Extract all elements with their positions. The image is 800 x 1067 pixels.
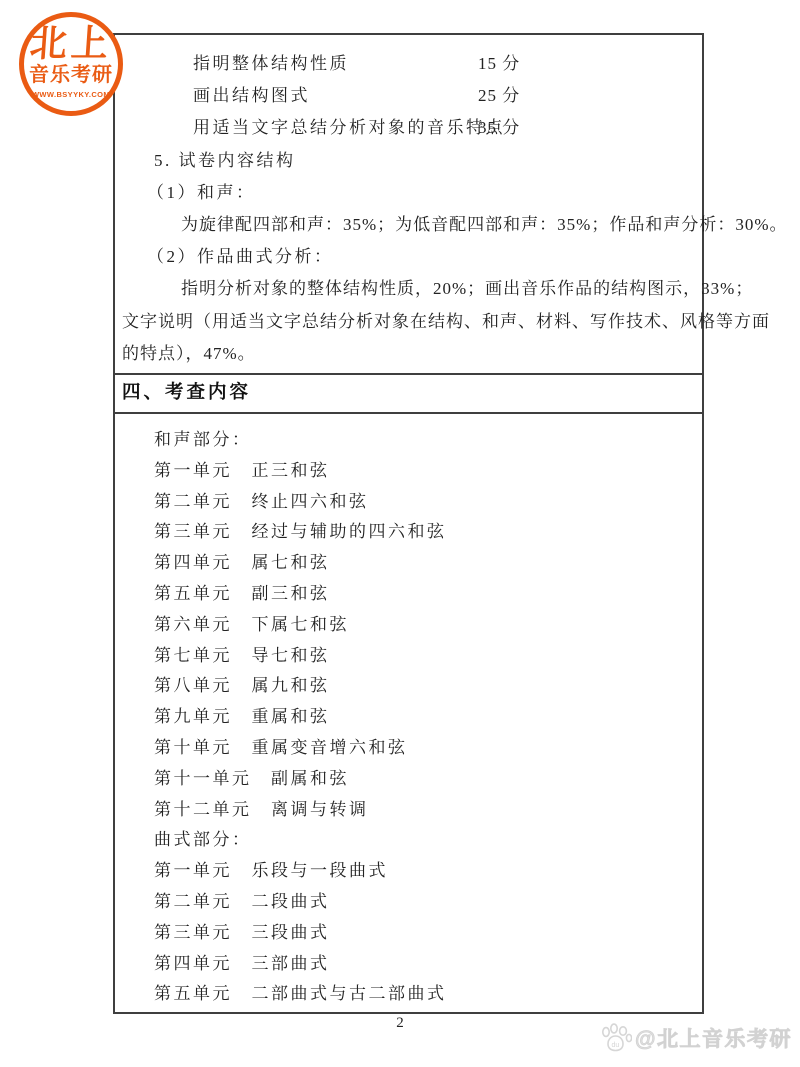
list-item: 第四单元 属七和弦 [115, 548, 702, 579]
score-label: 画出结构图式 [193, 86, 310, 105]
paragraph-line: 文字说明（用适当文字总结分析对象在结构、和声、材料、写作技术、风格等方面 [115, 306, 702, 338]
list-group-label: 和声部分： [115, 425, 702, 456]
score-value: 35 分 [478, 112, 520, 144]
score-row: 画出结构图式 25 分 [115, 80, 702, 112]
watermark-text: @北上音乐考研 [635, 1023, 792, 1053]
score-label: 用适当文字总结分析对象的音乐特点 [193, 118, 505, 137]
list-item: 第八单元 属九和弦 [115, 671, 702, 702]
list-item: 第九单元 重属和弦 [115, 702, 702, 733]
score-row: 指明整体结构性质 15 分 [115, 48, 702, 80]
content-box: 指明整体结构性质 15 分 画出结构图式 25 分 用适当文字总结分析对象的音乐… [113, 33, 704, 1014]
list-item: 第一单元 乐段与一段曲式 [115, 856, 702, 887]
watermark: du @北上音乐考研 [600, 1023, 792, 1053]
sub-item-label: （2）作品曲式分析： [115, 241, 702, 273]
list-item: 第七单元 导七和弦 [115, 641, 702, 672]
list-item: 第十单元 重属变音增六和弦 [115, 733, 702, 764]
list-item: 第六单元 下属七和弦 [115, 610, 702, 641]
baidu-paw-du-label: du [612, 1042, 620, 1049]
brand-logo-stamp: 北上 音乐考研 WWW.BSYYKY.COM [19, 12, 123, 116]
paragraph-line: 指明分析对象的整体结构性质，20%；画出音乐作品的结构图示，33%； [115, 273, 702, 305]
logo-url: WWW.BSYYKY.COM [24, 90, 118, 99]
paragraph-line: 的特点），47%。 [115, 338, 702, 370]
list-item: 第十二单元 离调与转调 [115, 795, 702, 826]
list-item: 第一单元 正三和弦 [115, 456, 702, 487]
list-item: 第二单元 二段曲式 [115, 887, 702, 918]
logo-subtitle: 音乐考研 [24, 64, 118, 87]
list-item: 第三单元 经过与辅助的四六和弦 [115, 517, 702, 548]
score-value: 25 分 [478, 80, 520, 112]
section-exam-content-list: 和声部分： 第一单元 正三和弦 第二单元 终止四六和弦 第三单元 经过与辅助的四… [115, 414, 702, 1012]
document-page: 北上 音乐考研 WWW.BSYYKY.COM 指明整体结构性质 15 分 画出结… [0, 0, 800, 1067]
sub-item-detail: 为旋律配四部和声：35%；为低音配四部和声：35%；作品和声分析：30%。 [115, 209, 702, 241]
section-exam-structure: 指明整体结构性质 15 分 画出结构图式 25 分 用适当文字总结分析对象的音乐… [115, 35, 702, 373]
list-item: 第二单元 终止四六和弦 [115, 487, 702, 518]
baidu-paw-icon: du [600, 1023, 632, 1053]
list-group-label: 曲式部分： [115, 825, 702, 856]
list-item: 第三单元 三段曲式 [115, 918, 702, 949]
score-row: 用适当文字总结分析对象的音乐特点 35 分 [115, 112, 702, 144]
numbered-item: 5. 试卷内容结构 [115, 145, 702, 177]
logo-title: 北上 [23, 24, 120, 64]
sub-item-label: （1）和声： [115, 177, 702, 209]
score-value: 15 分 [478, 48, 520, 80]
score-label: 指明整体结构性质 [193, 54, 349, 73]
list-item: 第四单元 三部曲式 [115, 949, 702, 980]
section-header: 四、考查内容 [115, 373, 702, 414]
list-item: 第五单元 副三和弦 [115, 579, 702, 610]
list-item: 第十一单元 副属和弦 [115, 764, 702, 795]
list-item: 第五单元 二部曲式与古二部曲式 [115, 979, 702, 1010]
